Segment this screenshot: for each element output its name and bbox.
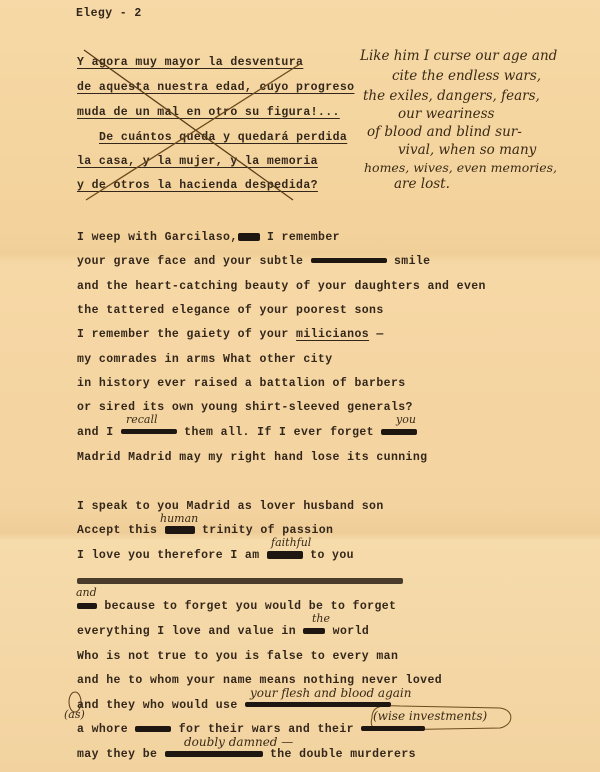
poem-line: my comrades in arms What other city [77,353,333,366]
edit-the: the [312,612,330,625]
poem-line: Madrid Madrid may my right hand lose its… [77,451,427,464]
poem-line: I love you therefore I am to you [77,549,354,562]
note-line: vival, when so many [398,142,536,158]
note-line: homes, wives, even memories, [364,160,557,175]
ink-blot [245,702,391,707]
note-line: of blood and blind sur- [367,124,522,140]
note-line: cite the endless wars, [392,68,541,84]
note-line: the exiles, dangers, fears, [363,88,540,104]
poem-line: and I them all. If I ever forget [77,426,417,439]
edit-you: you [396,413,416,426]
struck-line [77,578,403,584]
ink-blot [238,233,260,241]
note-line: are lost. [394,176,450,192]
poem-line: I weep with Garcilaso, I remember [77,231,340,244]
poem-line: because to forget you would be to forget [77,600,396,613]
poem-line: I remember the gaiety of your milicianos… [77,328,384,341]
poem-line: and the heart-catching beauty of your da… [77,280,486,293]
edit-as: (as) [64,708,85,721]
ink-blot [77,603,97,609]
edit-doubly-damned: doubly damned — [184,735,293,749]
ink-blot [311,258,387,263]
poem-line: the tattered elegance of your poorest so… [77,304,384,317]
ink-blot [361,726,425,731]
ink-blot [303,628,325,634]
edit-wise-investments: (wise investments) [373,709,487,723]
note-line: our weariness [398,106,494,122]
ink-blot [135,726,171,732]
poem-line: may they be the double murderers [77,748,416,761]
poem-line: your grave face and your subtle smile [77,255,430,268]
poem-line: everything I love and value in world [77,625,369,638]
edit-and: and [76,586,97,599]
note-line: Like him I curse our age and [360,48,557,64]
ink-blot [165,526,195,534]
ink-blot [165,751,263,757]
ink-blot [381,429,417,435]
edit-faithful: faithful [271,536,311,549]
manuscript-page: Elegy - 2 Y agora muy mayor la desventur… [0,0,600,772]
poem-line: and they who would use [77,699,391,712]
ink-blot [121,429,177,434]
poem-line: I speak to you Madrid as lover husband s… [77,500,384,513]
poem-line: Who is not true to you is false to every… [77,650,398,663]
edit-flesh-and-blood: your flesh and blood again [250,686,412,700]
poem-line: in history ever raised a battalion of ba… [77,377,406,390]
ink-blot [267,551,303,559]
edit-recall: recall [126,413,158,426]
